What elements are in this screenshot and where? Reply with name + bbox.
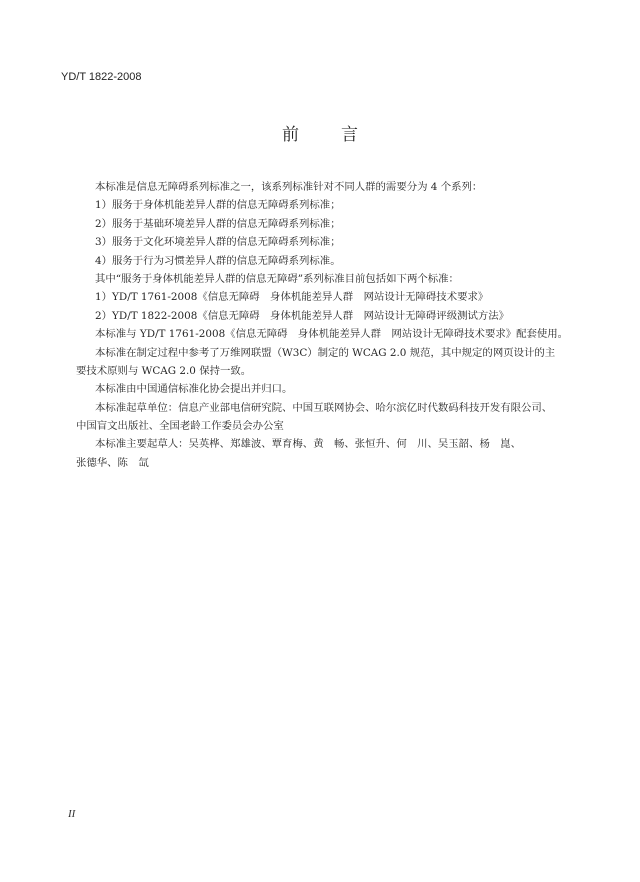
paragraph-line: 3）服务于文化环境差异人群的信息无障碍系列标准； <box>76 233 576 251</box>
paragraph-line: 本标准与 YD/T 1761-2008《信息无障碍 身体机能差异人群 网站设计无… <box>76 325 576 343</box>
paragraph-line: 中国盲文出版社、全国老龄工作委员会办公室 <box>76 417 576 435</box>
paragraph-line: 1）YD/T 1761-2008《信息无障碍 身体机能差异人群 网站设计无障碍技… <box>76 288 576 306</box>
title-char-1: 前 <box>282 120 299 145</box>
paragraph-line: 本标准在制定过程中参考了万维网联盟（W3C）制定的 WCAG 2.0 规范，其中… <box>76 344 576 362</box>
paragraph-line: 4）服务于行为习惯差异人群的信息无障碍系列标准。 <box>76 252 576 270</box>
paragraph-line: 张德华、陈 氙 <box>76 454 576 472</box>
paragraph-line: 本标准由中国通信标准化协会提出并归口。 <box>76 380 576 398</box>
paragraph-line: 本标准是信息无障碍系列标准之一，该系列标准针对不同人群的需要分为 4 个系列： <box>76 178 576 196</box>
page-title: 前言 <box>0 120 640 145</box>
paragraph-line: 要技术原则与 WCAG 2.0 保持一致。 <box>76 362 576 380</box>
page-number: II <box>68 808 75 820</box>
foreword-body: 本标准是信息无障碍系列标准之一，该系列标准针对不同人群的需要分为 4 个系列： … <box>76 178 576 472</box>
paragraph-line: 本标准起草单位：信息产业部电信研究院、中国互联网协会、哈尔滨亿时代数码科技开发有… <box>76 399 576 417</box>
paragraph-line: 本标准主要起草人：吴英桦、郑雄波、覃育梅、黄 畅、张恒升、何 川、吴玉韶、杨 崑… <box>76 435 576 453</box>
title-char-2: 言 <box>341 120 358 145</box>
paragraph-line: 2）服务于基础环境差异人群的信息无障碍系列标准； <box>76 215 576 233</box>
standard-code-header: YD/T 1822-2008 <box>61 71 142 83</box>
paragraph-line: 其中“服务于身体机能差异人群的信息无障碍”系列标准目前包括如下两个标准： <box>76 270 576 288</box>
paragraph-line: 1）服务于身体机能差异人群的信息无障碍系列标准； <box>76 196 576 214</box>
paragraph-line: 2）YD/T 1822-2008《信息无障碍 身体机能差异人群 网站设计无障碍评… <box>76 307 576 325</box>
